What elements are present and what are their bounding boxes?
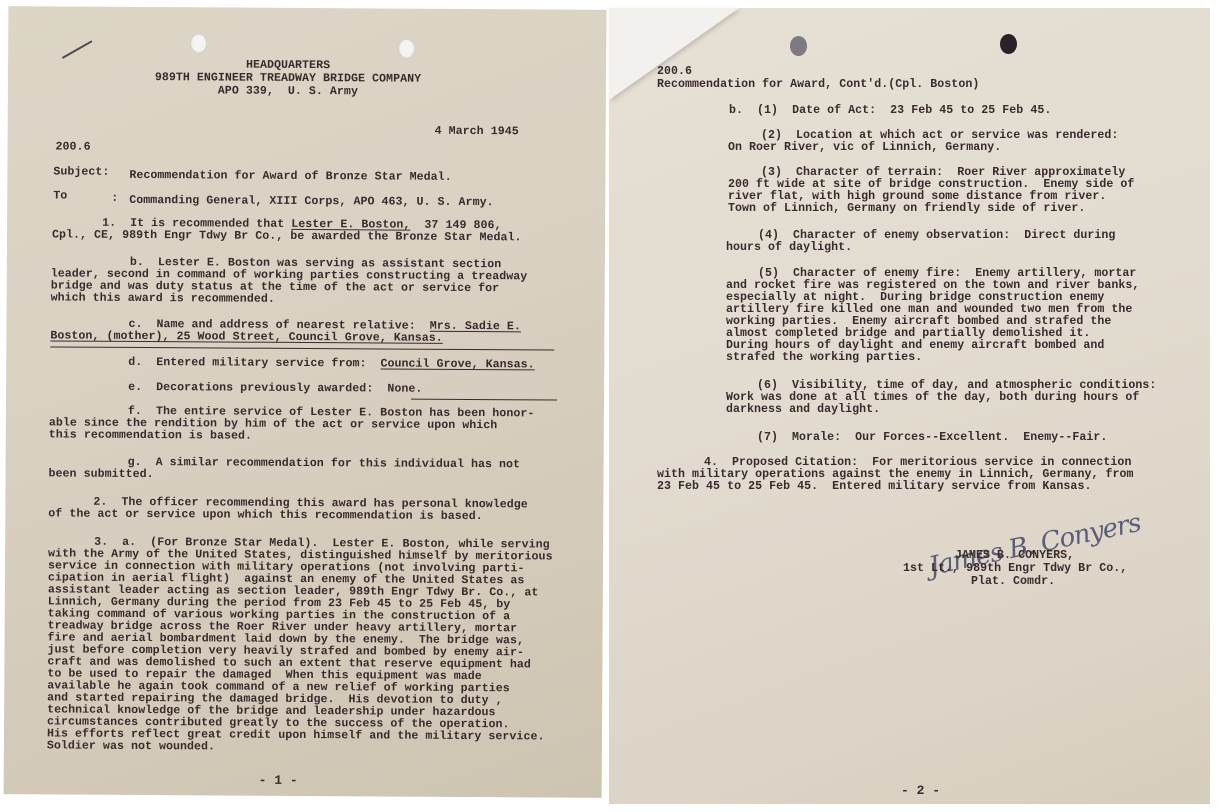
to-recipient: Commanding General, XIII Corps, APO 463,… [129,195,493,210]
para-d: d. Entered military service from: Counci… [128,357,535,372]
para-f-line: this recommendation is based. [49,429,252,443]
punch-hole-right [398,39,415,59]
decorations-value: None. [387,383,422,396]
to-label: To [53,190,67,203]
punch-hole-right [1000,34,1017,54]
item-b7: (7) Morale: Our Forces--Excellent. Enemy… [757,432,1107,445]
document-page-2: 200.6 Recommendation for Award, Cont'd.(… [609,8,1210,804]
item-b3-line: Town of Linnich, Germany on friendly sid… [728,203,1085,216]
to-colon: : [111,193,118,206]
para-e: e. Decorations previously awarded: None. [128,382,422,396]
item-b5-line: strafed the working parties. [726,352,922,365]
letter-date: 4 March 1945 [435,126,519,139]
para1-line2: Cpl., CE, 989th Engr Tdwy Br Co., be awa… [52,229,522,244]
item-b2-line: On Roer River, vic of Linnich, Germany. [728,142,1001,155]
underline-rule [50,346,554,350]
pencil-mark [62,40,93,59]
punch-hole-left [790,36,807,56]
para-g-line: been submitted. [49,468,154,481]
file-number: 200.6 [56,141,91,154]
para-g-line: g. A similar recommendation for this ind… [128,457,520,472]
file-number: 200.6 [657,66,692,79]
para4-line: 23 Feb 45 to 25 Feb 45. Entered military… [657,481,1091,494]
continuation-title: Recommendation for Award, Cont'd.(Cpl. B… [657,79,979,92]
subject-text: Recommendation for Award of Bronze Star … [129,170,451,185]
document-page-1: HEADQUARTERS 989TH ENGINEER TREADWAY BRI… [4,6,607,798]
entered-service-value: Council Grove, Kansas. [380,357,534,371]
signer-title: Plat. Comdr. [971,576,1055,589]
item-b6-line: darkness and daylight. [726,404,880,417]
letterhead-line-3: APO 339, U. S. Army [8,84,568,100]
punch-hole-left [190,33,207,53]
para-b-line: which this award is recommended. [51,292,275,306]
signer-name: JAMES B. CONYERS, [955,550,1074,563]
underline-rule [411,399,557,401]
subject-label: Subject: [53,166,109,179]
item-b4-line: hours of daylight. [726,242,852,255]
item-b1: b. (1) Date of Act: 23 Feb 45 to 25 Feb … [729,105,1051,118]
signer-rank-unit: 1st Lt., 989th Engr Tdwy Br Co., [903,563,1127,576]
para3a-line: Soldier was not wounded. [47,740,215,754]
para2-line: of the act or service upon which this re… [48,508,483,523]
relative-address: Boston, (mother), 25 Wood Street, Counci… [50,330,442,345]
page-number: - 1 - [259,773,298,788]
page-number: - 2 - [901,783,940,798]
